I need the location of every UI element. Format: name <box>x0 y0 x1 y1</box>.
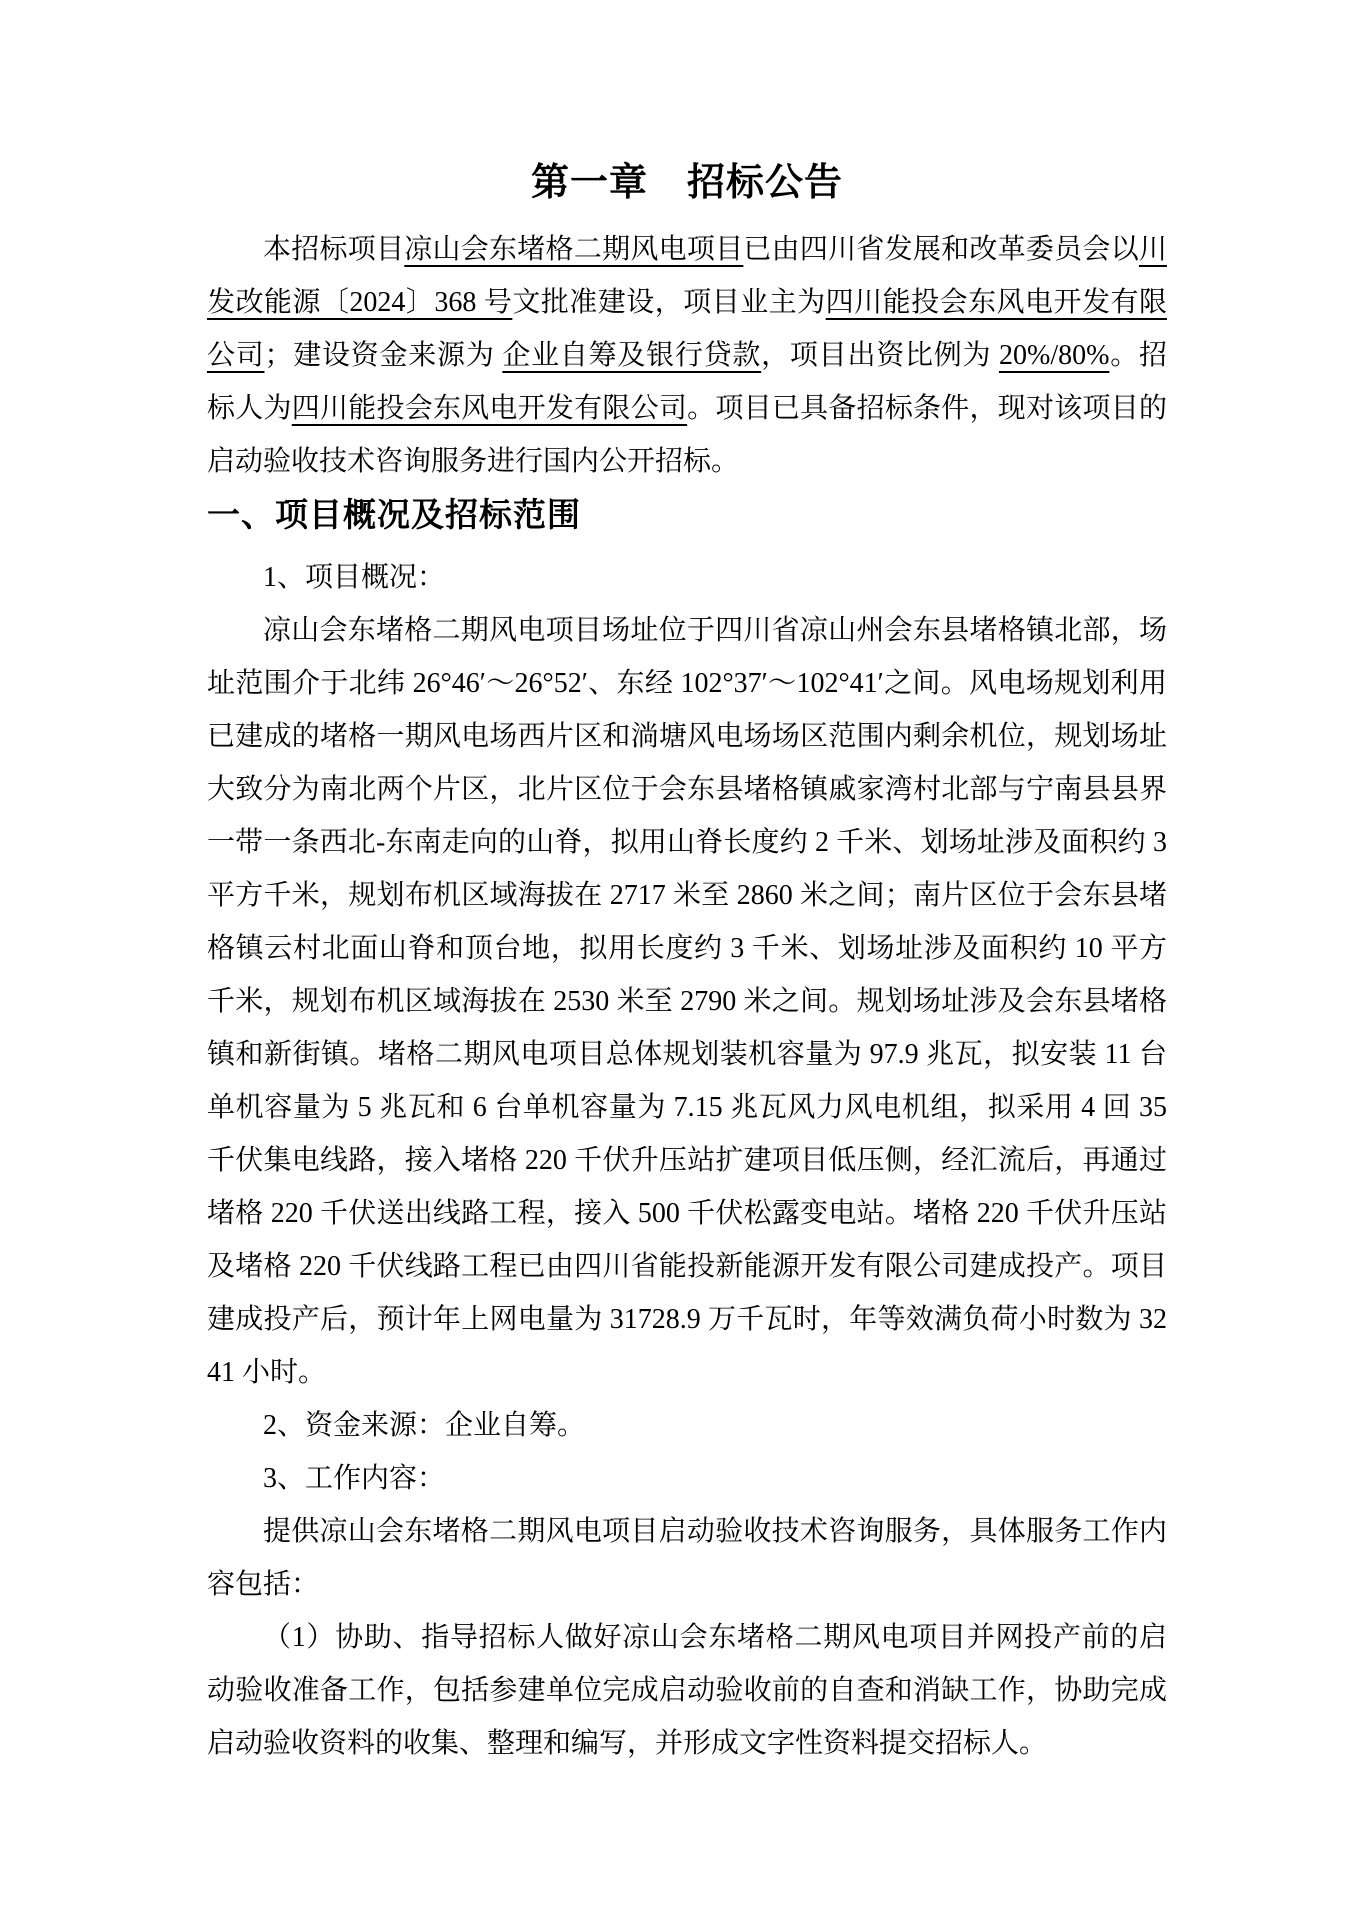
plain-text: ，项目出资比例为 <box>761 340 999 371</box>
plain-text: ；建设资金来源为 <box>265 340 503 371</box>
item2-funding-source: 2、资金来源：企业自筹。 <box>207 1399 1167 1452</box>
work-content-item1: （1）协助、指导招标人做好凉山会东堵格二期风电项目并网投产前的启动验收准备工作，… <box>207 1611 1167 1770</box>
chapter-title: 第一章 招标公告 <box>207 155 1167 211</box>
item3-label: 3、工作内容： <box>207 1452 1167 1505</box>
project-overview-paragraph: 凉山会东堵格二期风电项目场址位于四川省凉山州会东县堵格镇北部，场址范围介于北纬 … <box>207 604 1167 1399</box>
plain-text: 文批准建设，项目业主为 <box>512 287 825 318</box>
underlined-text: 20%/80% <box>999 340 1109 371</box>
plain-text: 本招标项目 <box>263 234 404 265</box>
section-heading-project-overview: 一、项目概况及招标范围 <box>207 488 1167 541</box>
intro-paragraph: 本招标项目凉山会东堵格二期风电项目已由四川省发展和改革委员会以川发改能源〔202… <box>207 223 1167 488</box>
document-page: 第一章 招标公告 本招标项目凉山会东堵格二期风电项目已由四川省发展和改革委员会以… <box>0 0 1357 1920</box>
work-content-intro: 提供凉山会东堵格二期风电项目启动验收技术咨询服务，具体服务工作内容包括： <box>207 1505 1167 1611</box>
plain-text: 已由四川省发展和改革委员会以 <box>743 234 1139 265</box>
underlined-text: 四川能投会东风电开发有限公司 <box>292 393 687 424</box>
item1-label: 1、项目概况： <box>207 551 1167 604</box>
underlined-text: 企业自筹及银行贷款 <box>502 340 761 371</box>
underlined-text: 凉山会东堵格二期风电项目 <box>404 234 743 265</box>
